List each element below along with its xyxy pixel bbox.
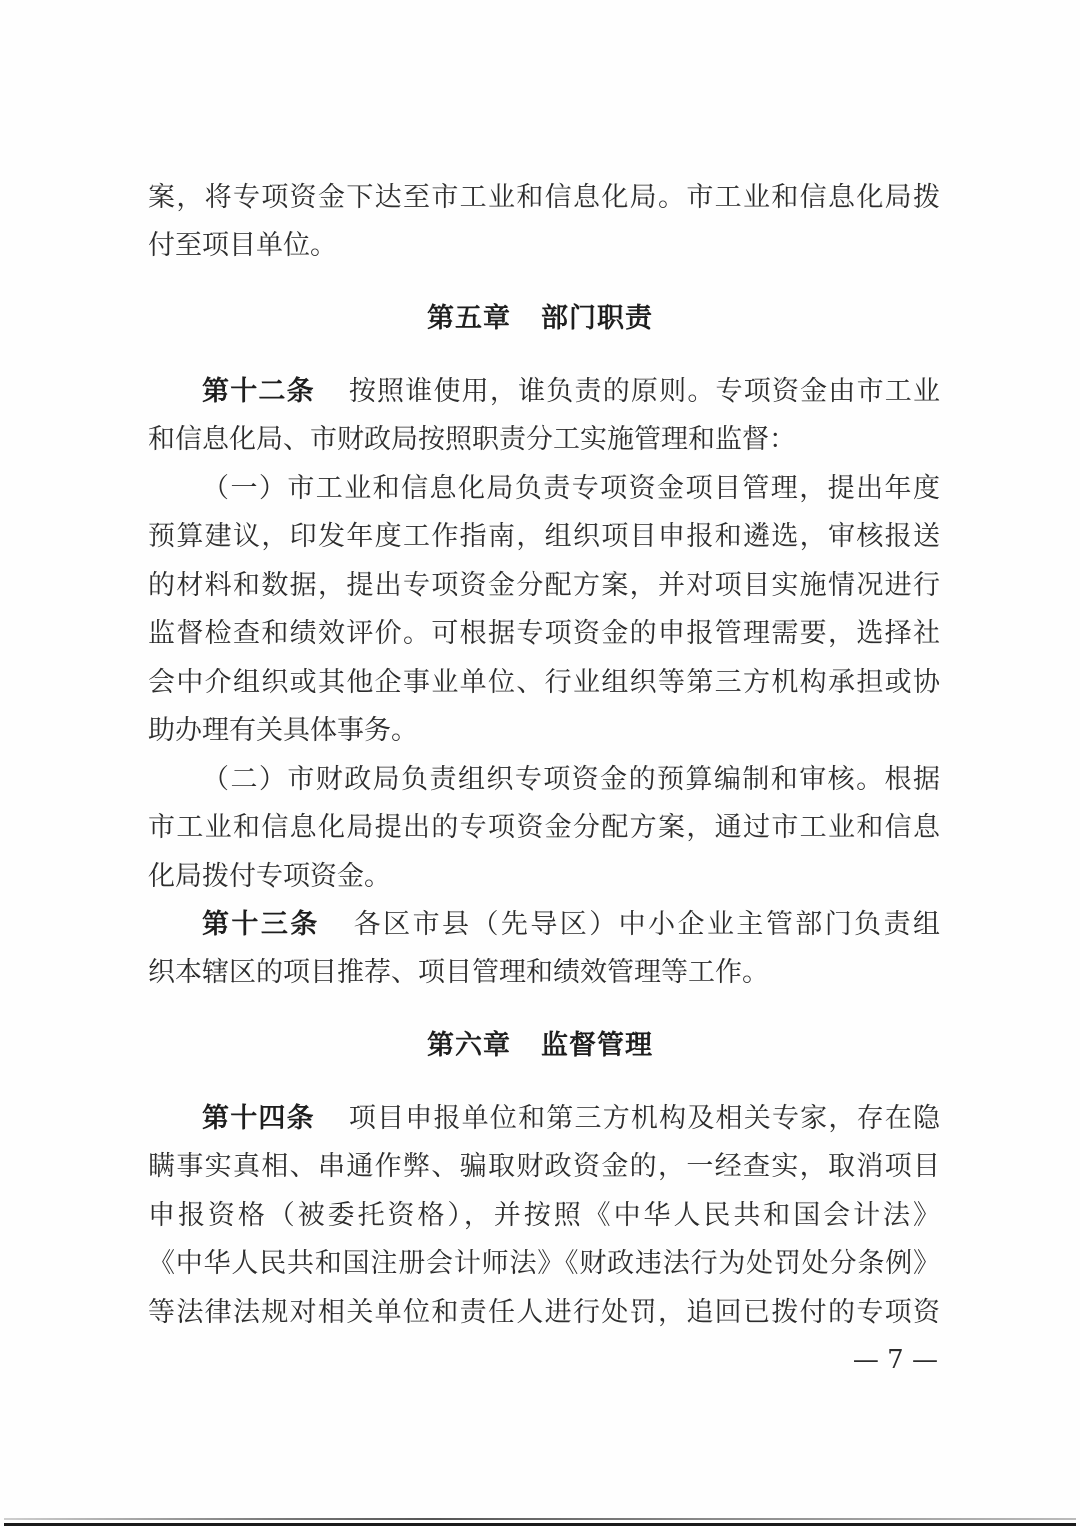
paragraph-line: 案，将专项资金下达至市工业和信息化局。市工业和信息化局拨 (148, 174, 940, 222)
chapter-title: 部门职责 (541, 303, 653, 334)
paragraph-line: 化局拨付专项资金。 (148, 853, 940, 901)
page-edge-shadow (4, 1518, 1076, 1520)
chapter-number: 第五章 (427, 303, 511, 334)
list-item-line: （二）市财政局负责组织专项资金的预算编制和审核。根据 (202, 756, 940, 804)
article-first-line: 第十四条项目申报单位和第三方机构及相关专家，存在隐 (202, 1095, 940, 1143)
paragraph-line: 付至项目单位。 (148, 222, 940, 270)
chapter-number: 第六章 (427, 1030, 511, 1061)
chapter-heading: 第六章监督管理 (0, 1022, 1080, 1070)
article-label: 第十三条 (202, 909, 320, 940)
paragraph-line: 申报资格（被委托资格），并按照《中华人民共和国会计法》 (148, 1192, 940, 1240)
paragraph-line: 的材料和数据，提出专项资金分配方案，并对项目实施情况进行 (148, 562, 940, 610)
chapter-title: 监督管理 (541, 1030, 653, 1061)
document-page: 案，将专项资金下达至市工业和信息化局。市工业和信息化局拨 付至项目单位。 第五章… (0, 0, 1080, 1526)
article-first-line: 第十三条各区市县（先导区）中小企业主管部门负责组 (202, 901, 940, 949)
article-text: 按照谁使用，谁负责的原则。专项资金由市工业 (349, 376, 940, 407)
paragraph-line: 瞒事实真相、串通作弊、骗取财政资金的，一经查实，取消项目 (148, 1143, 940, 1191)
paragraph-line: 市工业和信息化局提出的专项资金分配方案，通过市工业和信息 (148, 804, 940, 852)
chapter-heading: 第五章部门职责 (0, 295, 1080, 343)
list-item-line: （一）市工业和信息化局负责专项资金项目管理，提出年度 (202, 465, 940, 513)
page-number: — 7 — (838, 1340, 938, 1380)
article-text: 各区市县（先导区）中小企业主管部门负责组 (354, 909, 940, 940)
paragraph-line: 预算建议，印发年度工作指南，组织项目申报和遴选，审核报送 (148, 513, 940, 561)
paragraph-line: 监督检查和绩效评价。可根据专项资金的申报管理需要，选择社 (148, 610, 940, 658)
paragraph-line: 会中介组织或其他企事业单位、行业组织等第三方机构承担或协 (148, 659, 940, 707)
article-label: 第十四条 (202, 1103, 315, 1134)
paragraph-line: 和信息化局、市财政局按照职责分工实施管理和监督： (148, 416, 940, 464)
article-first-line: 第十二条按照谁使用，谁负责的原则。专项资金由市工业 (202, 368, 940, 416)
article-text: 项目申报单位和第三方机构及相关专家，存在隐 (349, 1103, 940, 1134)
article-label: 第十二条 (202, 376, 315, 407)
paragraph-line: 等法律法规对相关单位和责任人进行处罚，追回已拨付的专项资 (148, 1289, 940, 1337)
paragraph-line: 织本辖区的项目推荐、项目管理和绩效管理等工作。 (148, 949, 940, 997)
paragraph-line: 《中华人民共和国注册会计师法》《财政违法行为处罚处分条例》 (148, 1240, 940, 1288)
paragraph-line: 助办理有关具体事务。 (148, 707, 940, 755)
